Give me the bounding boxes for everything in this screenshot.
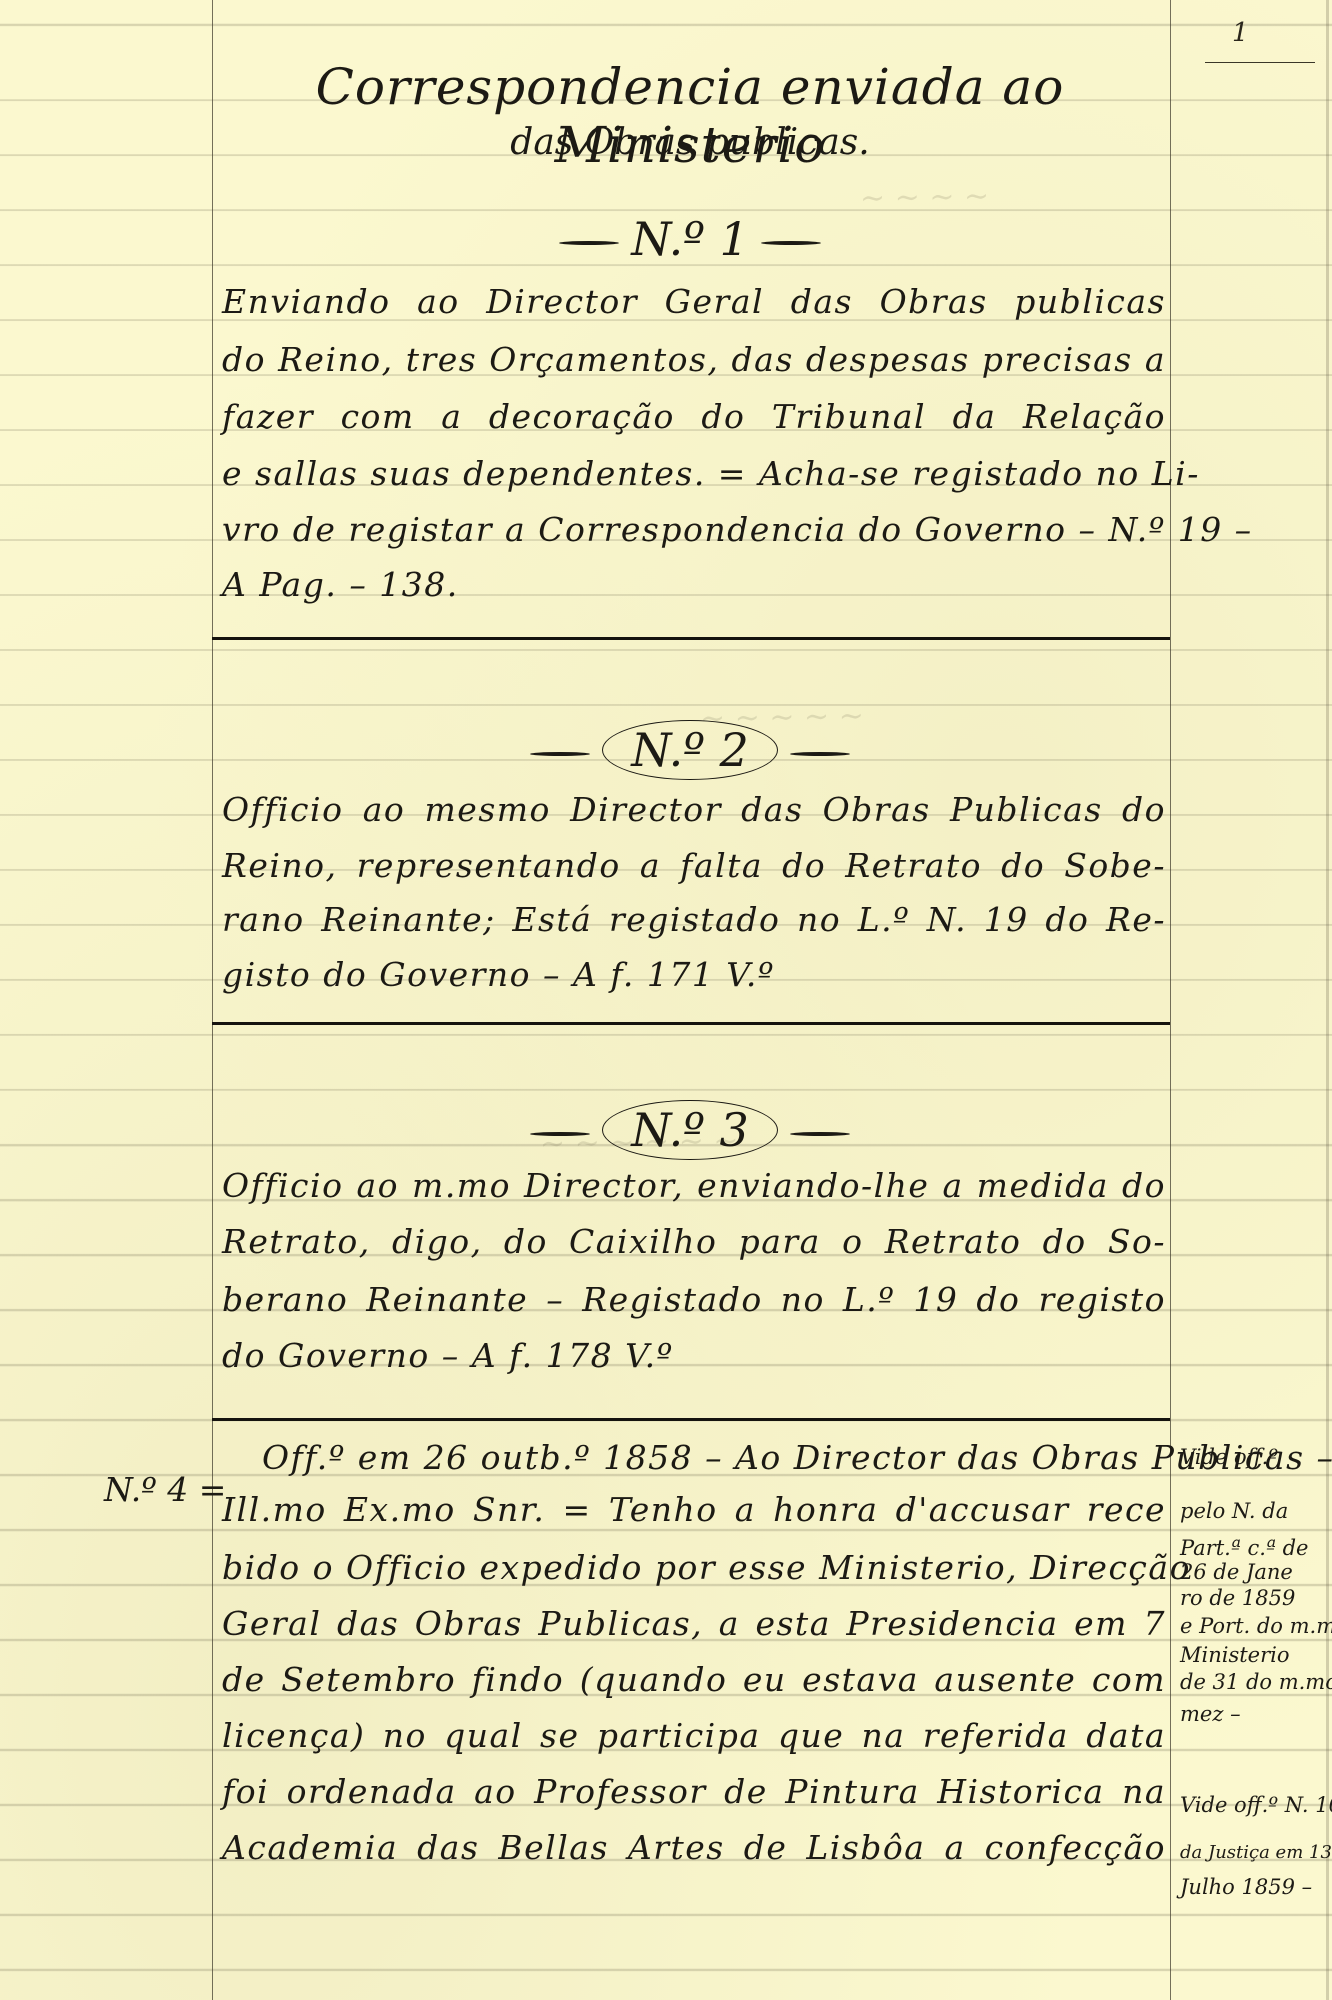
entry-number-label: N.º 2 <box>602 720 777 780</box>
entry-1-line: A Pag. – 138. <box>222 565 1166 604</box>
margin-note-line: Vide off.º <box>1180 1440 1328 1474</box>
entry-1-line: do Reino, tres Orçamentos, das despesas … <box>222 340 1166 379</box>
entry-2-line: Reino, representando a falta do Retrato … <box>222 846 1166 885</box>
entry-3-line: do Governo – A f. 178 V.º <box>222 1336 1166 1375</box>
margin-note-line: mez – <box>1180 1694 1328 1734</box>
entry-4-line: licença) no qual se participa que na ref… <box>222 1716 1166 1755</box>
margin-note-line: e Port. do m.mo <box>1180 1612 1328 1640</box>
entry-number-3: N.º 3 <box>220 1100 1160 1160</box>
entry-4-line: de Setembro findo (quando eu estava ause… <box>222 1660 1166 1699</box>
flourish-dash <box>559 241 619 245</box>
page-subtitle: das Obras publicas. <box>220 122 1160 163</box>
entry-3-line: Retrato, digo, do Caixilho para o Retrat… <box>222 1222 1166 1261</box>
margin-note-line: 26 de Jane <box>1180 1560 1328 1584</box>
folio-number: 1 <box>1232 18 1249 48</box>
entry-divider <box>212 637 1170 640</box>
margin-note-line: de 31 do m.mo <box>1180 1670 1328 1694</box>
entry-3-line: Officio ao m.mo Director, enviando-lhe a… <box>222 1166 1166 1205</box>
left-margin-rule <box>212 0 213 2000</box>
entry-4-line: Academia das Bellas Artes de Lisbôa a co… <box>222 1828 1166 1867</box>
margin-note-line: Part.ª c.ª de <box>1180 1536 1328 1560</box>
entry-4-line: Off.º em 26 outb.º 1858 – Ao Director da… <box>262 1438 1162 1477</box>
entry-number-1: N.º 1 <box>220 212 1160 266</box>
entry-number-2: N.º 2 <box>220 720 1160 780</box>
entry-divider <box>212 1022 1170 1025</box>
entry-3-line: berano Reinante – Registado no L.º 19 do… <box>222 1280 1166 1319</box>
margin-note-line: Julho 1859 – <box>1180 1870 1328 1904</box>
entry-1-line: fazer com a decoração do Tribunal da Rel… <box>222 397 1166 436</box>
entry-2-line: gisto do Governo – A f. 171 V.º <box>222 955 1166 994</box>
margin-note-2: Vide off.º N. 10 da Justiça em 13 Julho … <box>1180 1788 1328 1904</box>
margin-note-line: da Justiça em 13 <box>1180 1836 1328 1870</box>
folio-underline <box>1205 62 1315 63</box>
bleed-through-text: ~ ~ ~ ~ <box>860 179 990 216</box>
right-margin-rule <box>1170 0 1171 2000</box>
entry-number-4: N.º 4 = <box>104 1470 226 1509</box>
margin-note-line: pelo N. da <box>1180 1494 1328 1528</box>
entry-1-line: Enviando ao Director Geral das Obras pub… <box>222 282 1166 321</box>
flourish-dash <box>530 1132 590 1136</box>
flourish-dash <box>790 1132 850 1136</box>
margin-note-line: Vide off.º N. 10 <box>1180 1788 1328 1822</box>
entry-4-line: foi ordenada ao Professor de Pintura His… <box>222 1772 1166 1811</box>
flourish-dash <box>790 752 850 756</box>
entry-4-line: Geral das Obras Publicas, a esta Preside… <box>222 1604 1166 1643</box>
flourish-dash <box>530 752 590 756</box>
entry-4-line: bido o Officio expedido por esse Ministe… <box>222 1548 1166 1587</box>
margin-note-line: ro de 1859 <box>1180 1584 1328 1612</box>
entry-number-label: N.º 3 <box>602 1100 777 1160</box>
entry-1-line: vro de registar a Correspondencia do Gov… <box>222 510 1166 549</box>
entry-number-label: N.º 1 <box>631 212 748 266</box>
margin-note-line: Ministerio <box>1180 1640 1328 1670</box>
register-page: ~ ~ ~ ~ ~ ~ ~ ~ ~ ~ ~ ~ ~ ~ ~ 1 Correspo… <box>0 0 1332 2000</box>
margin-note-1: Vide off.º pelo N. da Part.ª c.ª de 26 d… <box>1180 1440 1328 1734</box>
entry-2-line: Officio ao mesmo Director das Obras Publ… <box>222 790 1166 829</box>
entry-2-line: rano Reinante; Está registado no L.º N. … <box>222 900 1166 939</box>
flourish-dash <box>761 241 821 245</box>
entry-4-line: Ill.mo Ex.mo Snr. = Tenho a honra d'accu… <box>222 1490 1166 1529</box>
entry-1-line: e sallas suas dependentes. = Acha-se reg… <box>222 454 1166 493</box>
entry-divider <box>212 1418 1170 1421</box>
